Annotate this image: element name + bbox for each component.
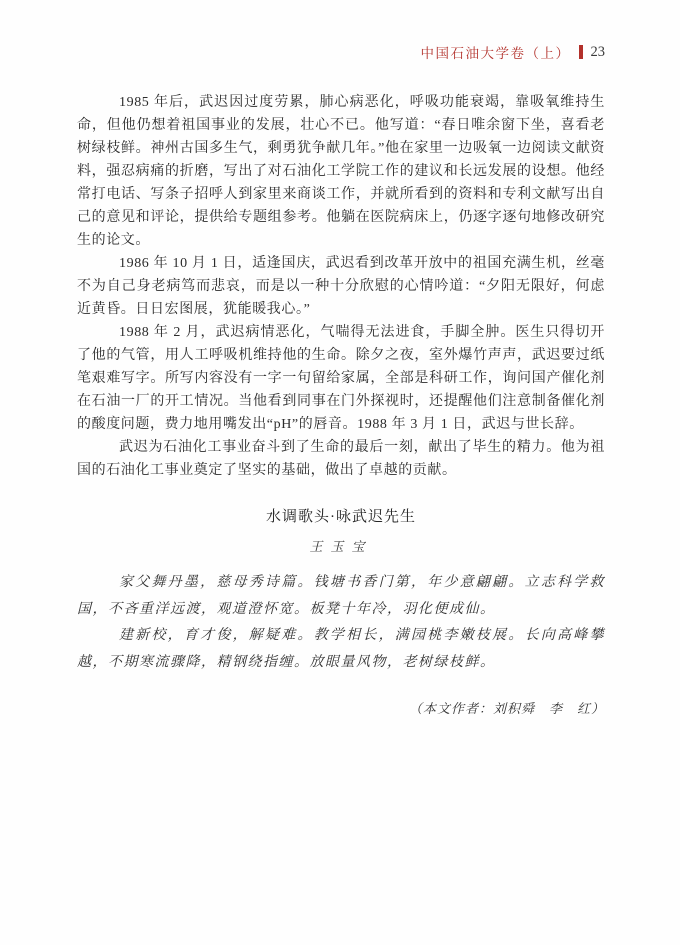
body-paragraph-4: 武迟为石油化工事业奋斗到了生命的最后一刻，献出了毕生的精力。他为祖国的石油化工事… xyxy=(77,436,605,482)
poem-author: 王玉宝 xyxy=(77,538,605,556)
red-divider-bar xyxy=(579,45,583,59)
running-head-title: 中国石油大学卷（上） xyxy=(421,42,571,62)
poem-stanza-2: 建新校，育才俊，解疑难。教学相长，满园桃李嫩枝展。长向高峰攀越，不期寒流骤降，精… xyxy=(77,623,605,676)
body-paragraph-1: 1985 年后，武迟因过度劳累，肺心病恶化，呼吸功能衰竭，靠吸氧维持生命，但他仍… xyxy=(77,91,605,252)
body-paragraph-3: 1988 年 2 月，武迟病情恶化，气喘得无法进食，手脚全肿。医生只得切开了他的… xyxy=(77,321,605,436)
page-body: 1985 年后，武迟因过度劳累，肺心病恶化，呼吸功能衰竭，靠吸氧维持生命，但他仍… xyxy=(77,91,605,718)
running-head: 中国石油大学卷（上） 23 xyxy=(77,42,605,62)
article-attribution: （本文作者：刘积舜 李 红） xyxy=(77,700,605,718)
body-paragraph-2: 1986 年 10 月 1 日，适逢国庆，武迟看到改革开放中的祖国充满生机，丝毫… xyxy=(77,252,605,321)
page-number: 23 xyxy=(591,44,606,61)
poem-stanza-1: 家父舞丹墨，慈母秀诗篇。钱塘书香门第，年少意翩翩。立志科学救国，不吝重洋远渡，观… xyxy=(77,570,605,623)
poem-title: 水调歌头·咏武迟先生 xyxy=(77,506,605,528)
book-page: 中国石油大学卷（上） 23 1985 年后，武迟因过度劳累，肺心病恶化，呼吸功能… xyxy=(0,0,680,945)
